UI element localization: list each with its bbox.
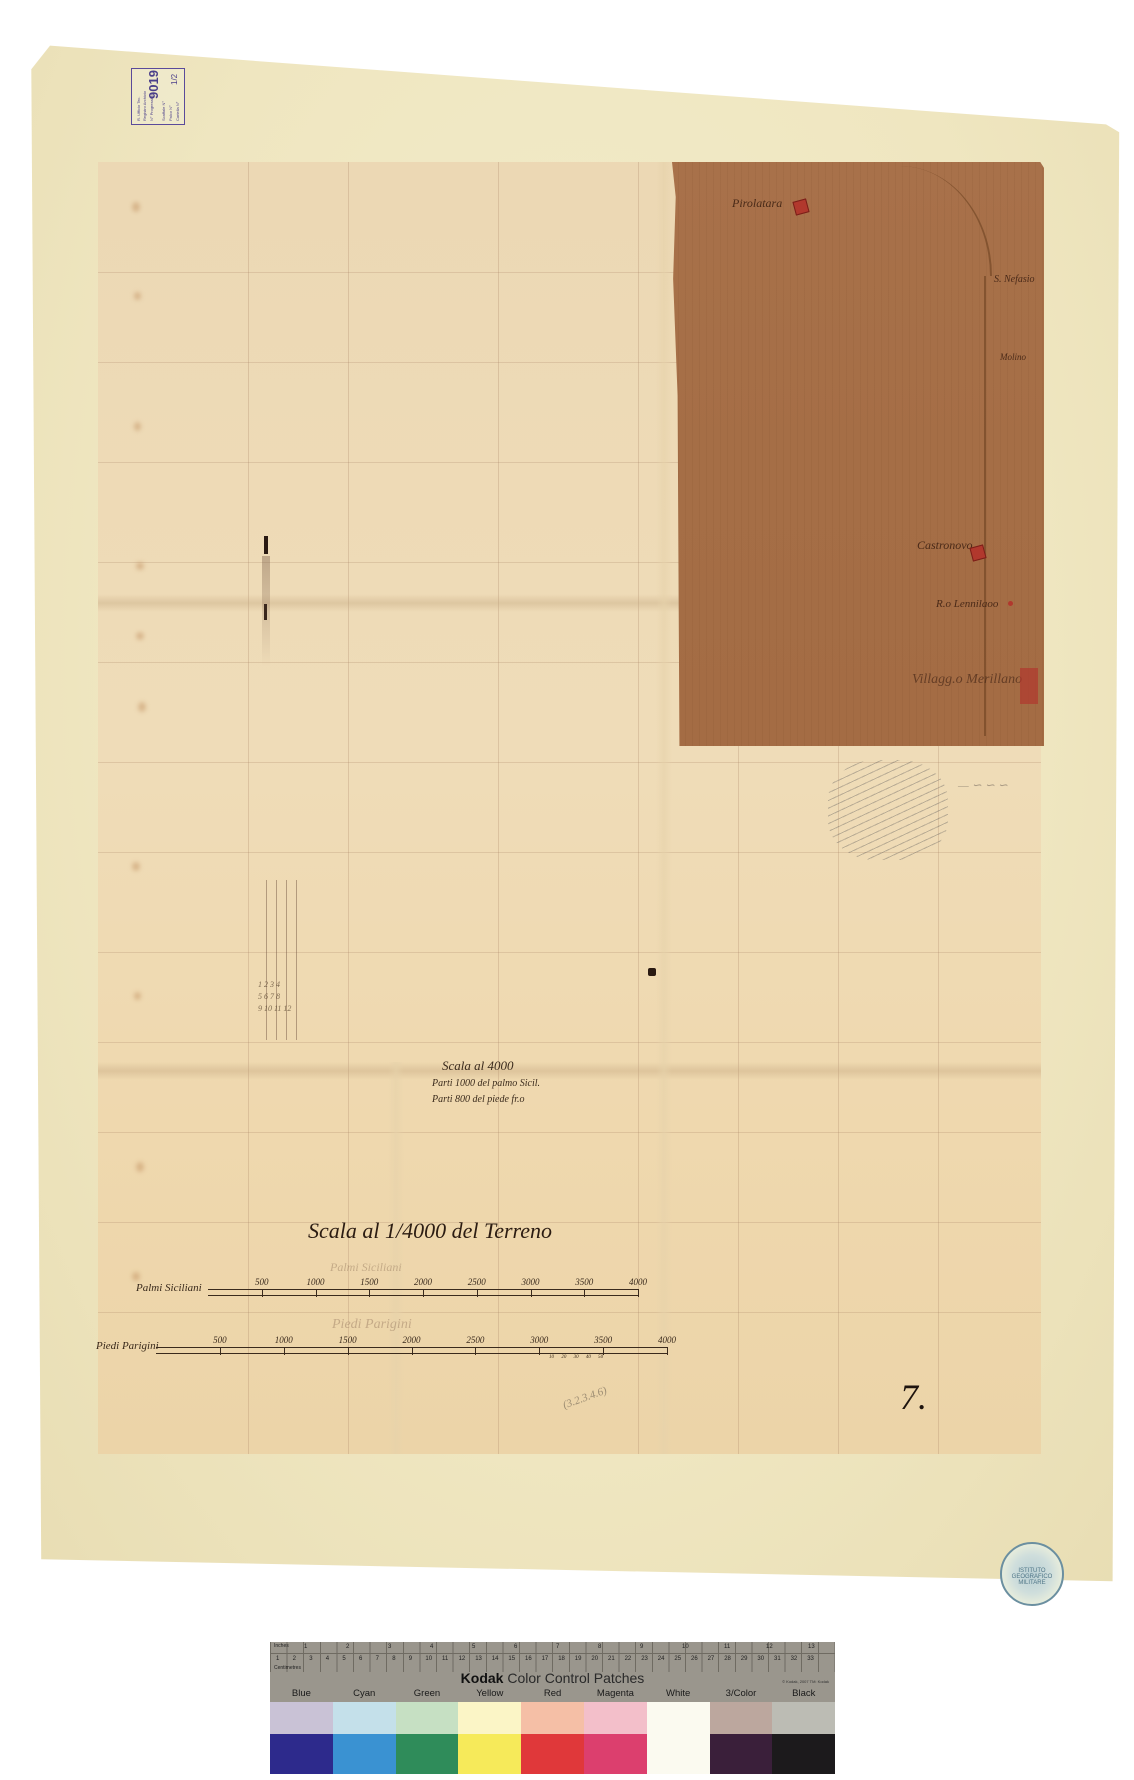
scale-tick-label: 2000	[403, 1335, 421, 1345]
faint-heading: Piedi Parigini	[332, 1317, 412, 1333]
kodak-copyright: © Kodak, 2007 TM: Kodak	[782, 1679, 829, 1684]
table-row: 5 6 7 8	[258, 992, 280, 1001]
scale-subtick-label: 30	[574, 1355, 579, 1360]
patch-light-blue	[270, 1702, 333, 1734]
patch-light-magenta	[584, 1702, 647, 1734]
cm-mark: 10	[425, 1656, 432, 1662]
patch-dark-white	[647, 1734, 710, 1774]
patch-light-yellow	[458, 1702, 521, 1734]
scale-tick	[412, 1347, 413, 1355]
scale-title: Scala al 1/4000 del Terreno	[308, 1218, 552, 1244]
patch-label: 3/Color	[710, 1688, 773, 1699]
scale-tick	[667, 1347, 668, 1355]
cm-mark: 2	[293, 1656, 296, 1662]
patch-dark-magenta	[584, 1734, 647, 1774]
scale-tick	[423, 1289, 424, 1297]
scale-tick-label: 2000	[414, 1277, 432, 1287]
patch-label: Red	[521, 1688, 584, 1699]
scale-subtick-label: 10	[549, 1355, 554, 1360]
cm-mark: 6	[359, 1656, 362, 1662]
patch-light-3-color	[710, 1702, 773, 1734]
cm-mark: 1	[276, 1656, 279, 1662]
cm-mark: 32	[791, 1656, 798, 1662]
patch-light-white	[647, 1702, 710, 1734]
cm-mark: 19	[575, 1656, 582, 1662]
inch-mark: 10	[682, 1644, 689, 1650]
inch-mark: 5	[472, 1644, 475, 1650]
cm-mark: 24	[658, 1656, 665, 1662]
scale-subtick-label: 20	[561, 1355, 566, 1360]
red-stamp	[1020, 668, 1038, 704]
inch-mark: 1	[304, 1644, 307, 1650]
patch-dark-yellow	[458, 1734, 521, 1774]
patch-label: White	[647, 1688, 710, 1699]
sheet-number: 7.	[900, 1376, 927, 1418]
inch-mark: 11	[724, 1644, 730, 1650]
scale-note: Scala al 4000 Parti 1000 del palmo Sicil…	[430, 1058, 570, 1118]
scale-tick-label: 1500	[339, 1335, 357, 1345]
cm-mark: 7	[376, 1656, 379, 1662]
scale-tick	[539, 1347, 540, 1355]
cm-mark: 4	[326, 1656, 329, 1662]
cm-mark: 18	[558, 1656, 565, 1662]
scale-tick-label: 2500	[466, 1335, 484, 1345]
scale-tick	[531, 1289, 532, 1297]
faint-heading: Palmi Siciliani	[330, 1260, 402, 1275]
patch-light-black	[772, 1702, 835, 1734]
stamp-line: Cartella N°	[175, 102, 180, 121]
scale-tick	[475, 1347, 476, 1355]
kodak-brand: Kodak	[461, 1670, 504, 1686]
cm-mark: 13	[475, 1656, 482, 1662]
patch-label: Black	[772, 1688, 835, 1699]
scale-tick-label: 1500	[360, 1277, 378, 1287]
ink-smudge	[262, 556, 270, 666]
kodak-subtitle: Color Control Patches	[507, 1670, 644, 1686]
cm-mark: 8	[392, 1656, 395, 1662]
cm-mark: 16	[525, 1656, 532, 1662]
patch-dark-blue	[270, 1734, 333, 1774]
cm-mark: 29	[741, 1656, 748, 1662]
cm-mark: 26	[691, 1656, 698, 1662]
patch-label: Magenta	[584, 1688, 647, 1699]
patch-label: Yellow	[458, 1688, 521, 1699]
patch-dark-cyan	[333, 1734, 396, 1774]
stamp-number: 9019	[146, 70, 161, 99]
stamp-line: R. Ufficio Tec.	[136, 96, 141, 121]
scale-tick-label: 2500	[468, 1277, 486, 1287]
ink-mark	[264, 536, 268, 554]
scale-tick-label: 3000	[530, 1335, 548, 1345]
kodak-title: Kodak Color Control Patches	[270, 1670, 835, 1686]
road-line	[984, 276, 986, 736]
scale-tick-label: 4000	[658, 1335, 676, 1345]
kodak-color-strip: Inches Centimetres Kodak Color Control P…	[270, 1642, 835, 1774]
cm-mark: 3	[309, 1656, 312, 1662]
scale-tick	[638, 1289, 639, 1297]
cm-mark: 33	[807, 1656, 814, 1662]
scale-tick	[220, 1347, 221, 1355]
stamp-line: Scaffale N°	[161, 101, 166, 121]
scale-tick-label: 3500	[594, 1335, 612, 1345]
patch-light-green	[396, 1702, 459, 1734]
scale-subtick-label: 40	[586, 1355, 591, 1360]
scale-tick-label: 1000	[307, 1277, 325, 1287]
cm-mark: 9	[409, 1656, 412, 1662]
cm-mark: 31	[774, 1656, 781, 1662]
inch-mark: 2	[346, 1644, 349, 1650]
scale-tick	[603, 1347, 604, 1355]
inch-mark: 8	[598, 1644, 601, 1650]
place-name: R.o Lennilaoo	[936, 598, 998, 610]
scale-tick-label: 4000	[629, 1277, 647, 1287]
ink-mark	[648, 968, 656, 976]
seal-text: ISTITUTO GEOGRAFICO MILITARE	[1002, 1544, 1062, 1586]
patch-dark-3-color	[710, 1734, 773, 1774]
patch-label: Cyan	[333, 1688, 396, 1699]
archive-stamp: R. Ufficio Tec. Registro Archivio N° Pro…	[131, 68, 185, 125]
inch-mark: 4	[430, 1644, 433, 1650]
cm-mark: 17	[542, 1656, 549, 1662]
cm-mark: 25	[674, 1656, 681, 1662]
patch-dark-black	[772, 1734, 835, 1774]
patch-label: Blue	[270, 1688, 333, 1699]
scale-note-title: Scala al 4000	[442, 1058, 514, 1074]
scale-subtick-label: 50	[598, 1355, 603, 1360]
inch-mark: 7	[556, 1644, 559, 1650]
inch-mark: 6	[514, 1644, 517, 1650]
cm-mark: 11	[442, 1656, 448, 1662]
scale-note-line: Parti 800 del piede fr.o	[432, 1094, 525, 1105]
inch-mark: 12	[766, 1644, 773, 1650]
cm-mark: 30	[757, 1656, 764, 1662]
cm-mark: 12	[459, 1656, 466, 1662]
inch-mark: 13	[808, 1644, 815, 1650]
cm-mark: 21	[608, 1656, 615, 1662]
place-name: Castronovo	[917, 538, 973, 553]
scale-tick-label: 500	[213, 1335, 227, 1345]
scale-tick	[584, 1289, 585, 1297]
scale-tick	[316, 1289, 317, 1297]
table-row: 1 2 3 4	[258, 980, 280, 989]
place-name: Villagg.o Merillano	[912, 672, 1022, 688]
inches-label: Inches	[274, 1643, 289, 1649]
patch-light-cyan	[333, 1702, 396, 1734]
cm-mark: 20	[591, 1656, 598, 1662]
patch-light-red	[521, 1702, 584, 1734]
bar-label: Piedi Parigini	[96, 1340, 159, 1352]
cm-mark: 22	[625, 1656, 632, 1662]
place-name: Molino	[1000, 352, 1026, 362]
small-number-table: 1 2 3 4 5 6 7 8 9 10 11 12	[258, 880, 308, 1040]
scale-tick	[262, 1289, 263, 1297]
scale-tick-label: 3000	[522, 1277, 540, 1287]
patch-dark-green	[396, 1734, 459, 1774]
place-name: Pirolatara	[732, 196, 782, 211]
table-row: 9 10 11 12	[258, 1004, 291, 1013]
patch-label: Green	[396, 1688, 459, 1699]
inch-mark: 9	[640, 1644, 643, 1650]
scale-note-line: Parti 1000 del palmo Sicil.	[432, 1078, 540, 1089]
archive-seal: ISTITUTO GEOGRAFICO MILITARE	[1000, 1542, 1064, 1606]
patch-dark-red	[521, 1734, 584, 1774]
scale-tick	[348, 1347, 349, 1355]
scale-tick-label: 1000	[275, 1335, 293, 1345]
place-name: S. Nefasio	[994, 274, 1035, 285]
cm-mark: 14	[492, 1656, 499, 1662]
scale-tick	[284, 1347, 285, 1355]
cm-mark: 23	[641, 1656, 648, 1662]
cm-mark: 27	[708, 1656, 715, 1662]
bar-label: Palmi Siciliani	[136, 1282, 202, 1294]
cm-mark: 28	[724, 1656, 731, 1662]
scale-tick-label: 3500	[575, 1277, 593, 1287]
scale-tick	[369, 1289, 370, 1297]
stamp-line: Palco N°	[168, 105, 173, 121]
inch-mark: 3	[388, 1644, 391, 1650]
settlement-dot	[1008, 601, 1013, 606]
pencil-scribble	[828, 760, 948, 860]
scale-tick	[477, 1289, 478, 1297]
cm-mark: 5	[342, 1656, 345, 1662]
pencil-note: — ∽ ∽ ∽	[958, 778, 1008, 793]
stamp-suffix: 1/2	[170, 74, 179, 85]
scale-tick-label: 500	[255, 1277, 269, 1287]
cm-mark: 15	[508, 1656, 515, 1662]
